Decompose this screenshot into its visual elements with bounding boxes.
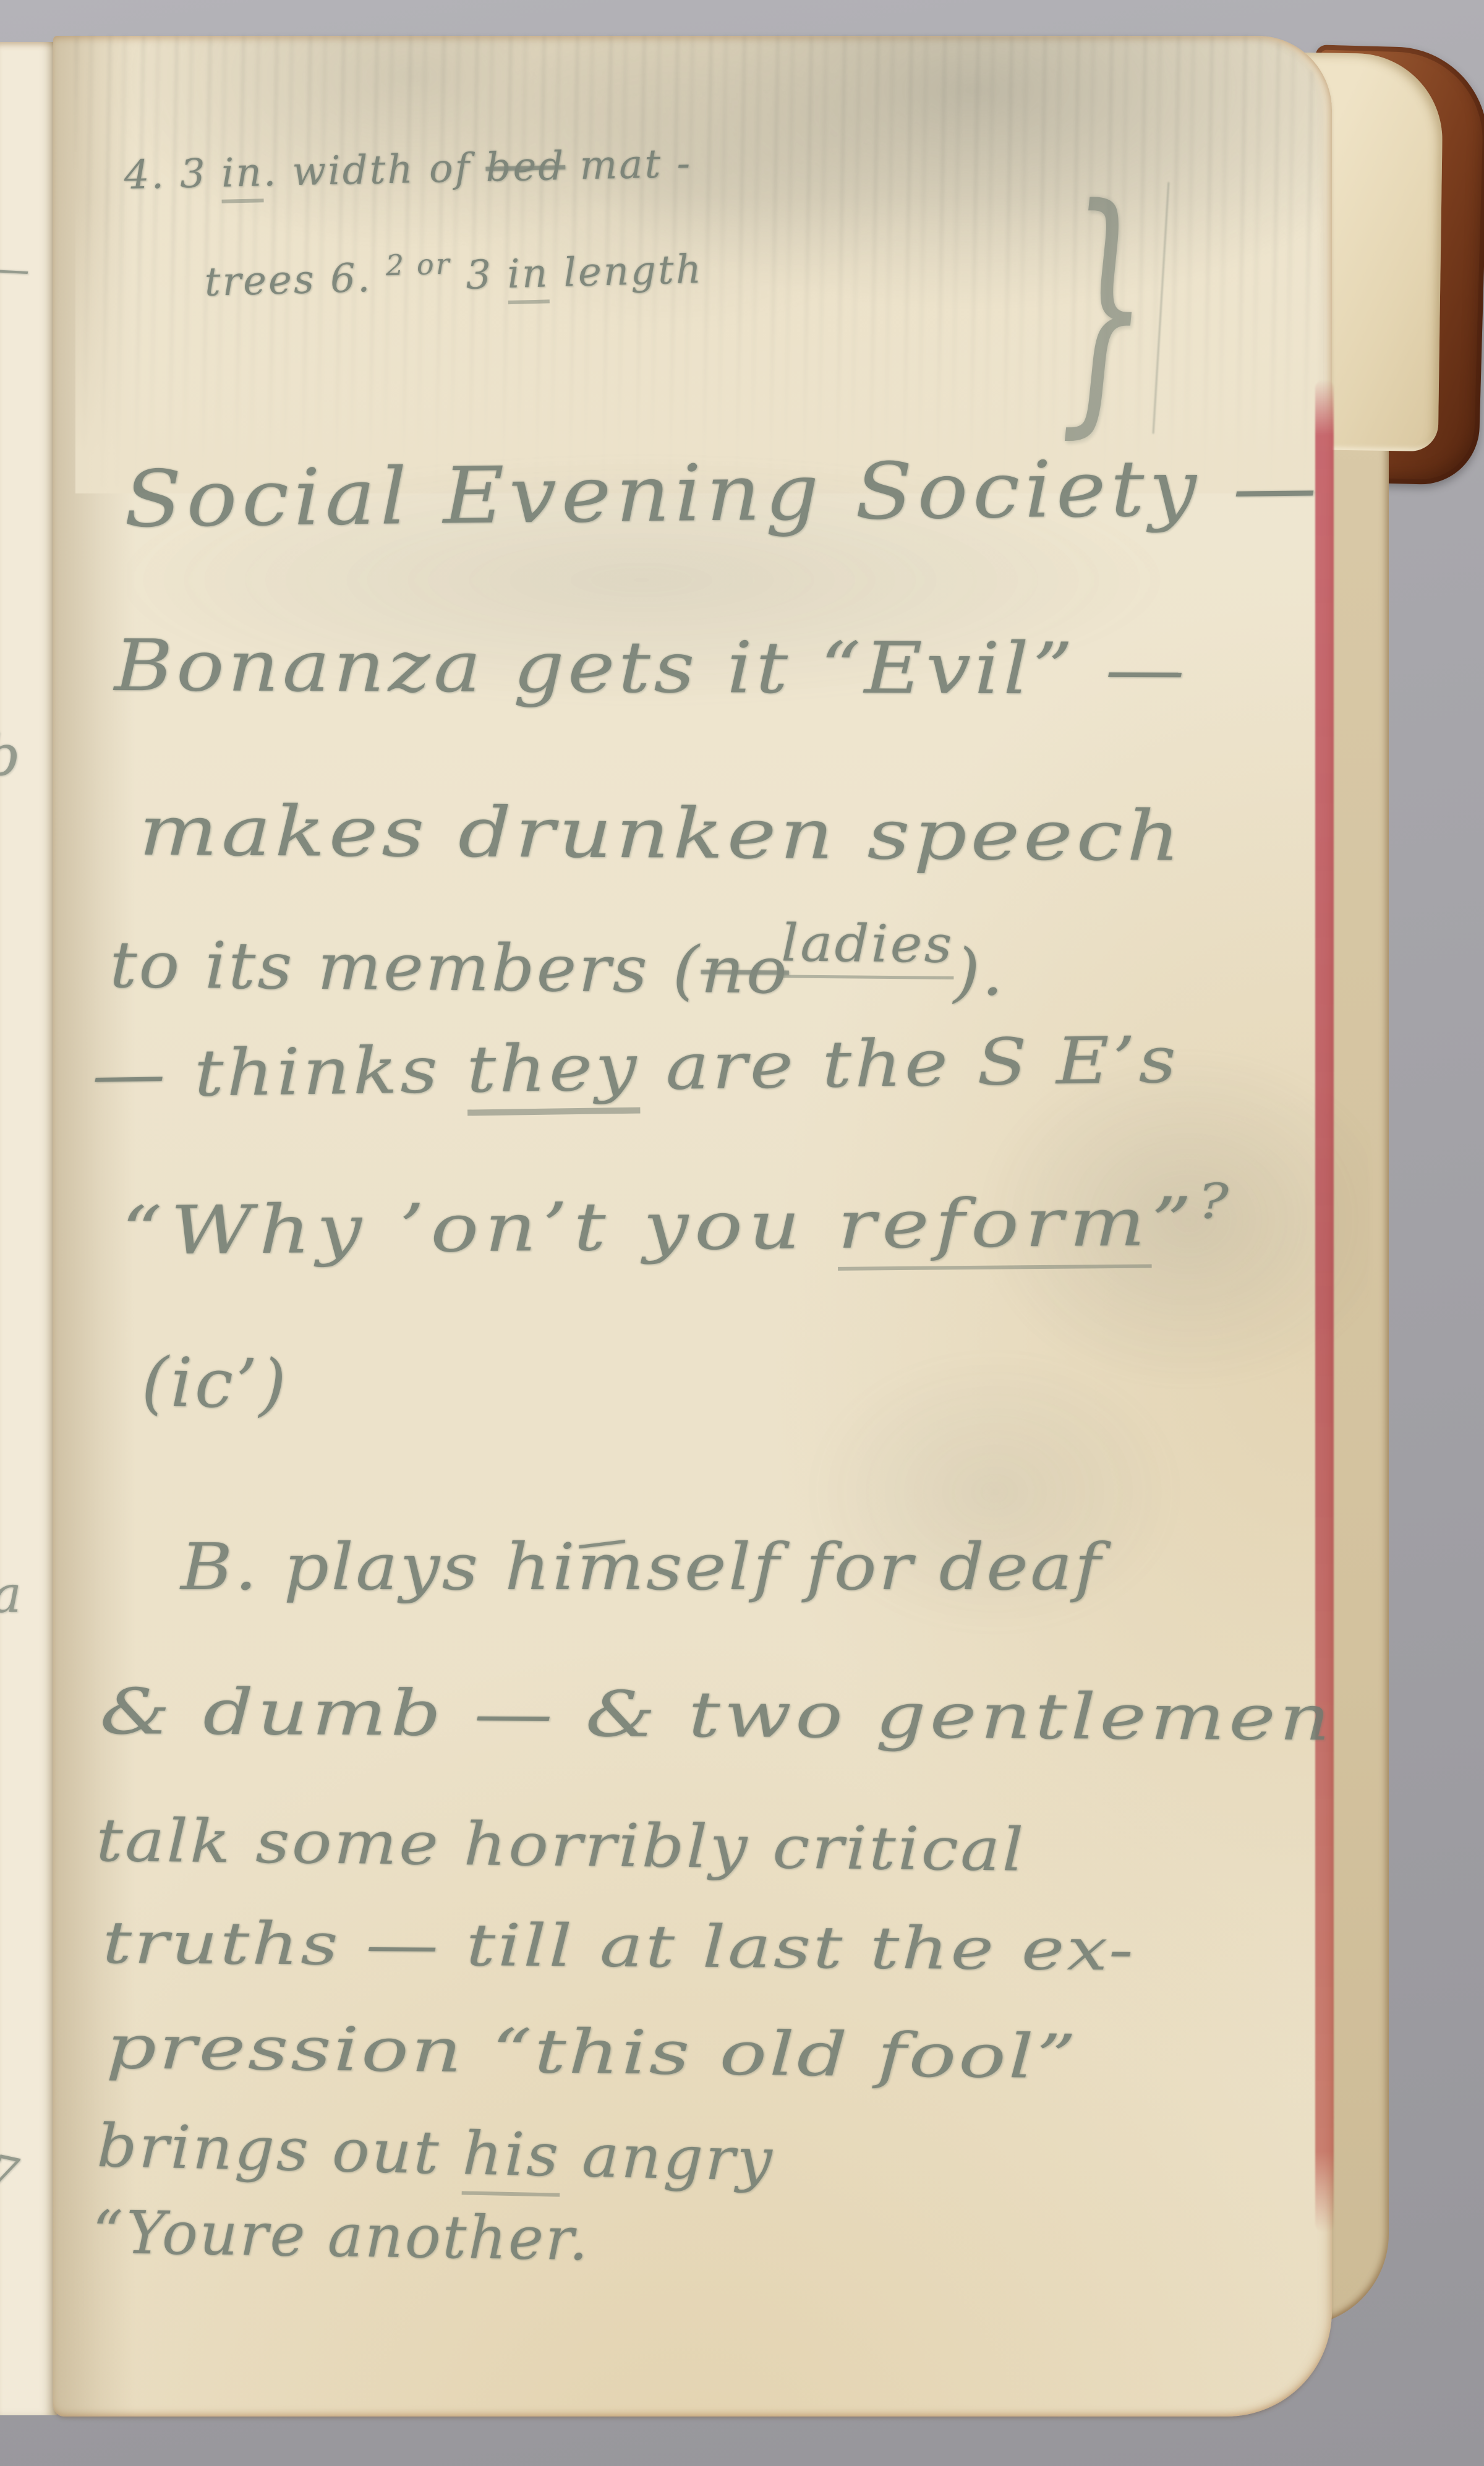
margin-fragment: a xyxy=(0,1566,22,1624)
handwriting-segment: “Youre another. xyxy=(92,2198,591,2274)
handwriting-line: Social Evening Society — xyxy=(124,448,1322,539)
handwriting-segment: ” xyxy=(1151,1184,1198,1261)
handwriting-segment: reform xyxy=(837,1184,1151,1270)
handwriting-segment: his xyxy=(461,2118,561,2196)
handwriting-segment: angry xyxy=(560,2121,775,2195)
handwriting-line: (ic’) xyxy=(141,1348,289,1419)
handwriting-line: to its members (noladies). xyxy=(109,932,1005,1005)
handwriting-segment: mat - xyxy=(565,141,692,189)
handwriting-segment: ). xyxy=(953,934,1006,1010)
handwriting-line: Bonanza gets it “Evil” — xyxy=(114,631,1188,706)
handwriting-segment: bed xyxy=(485,143,566,191)
handwriting-segment: Bonanza gets it “Evil” — xyxy=(114,625,1188,711)
previous-page-sliver: — b a 7 xyxy=(0,42,57,2415)
handwriting-line: “Why ’on’t you reform”? xyxy=(121,1188,1235,1265)
handwriting-segment: they xyxy=(466,1030,640,1116)
handwriting-segment: trees 6. xyxy=(204,255,386,305)
handwriting-segment: B. plays himself for deaf xyxy=(181,1529,1102,1605)
handwriting-segment: truths — till at last the ex- xyxy=(102,1909,1136,1984)
handwriting-segment: & dumb — & two gentlemen xyxy=(100,1675,1334,1755)
handwriting-segment: makes drunken speech xyxy=(139,791,1183,877)
handwriting-segment: to its members ( xyxy=(109,927,701,1007)
handwriting-line: “Youre another. xyxy=(92,2203,591,2269)
handwriting-line: — thinks they are the S E’s xyxy=(92,1027,1179,1107)
handwriting-segment: ladies xyxy=(781,913,954,979)
handwriting-segment: brings out xyxy=(96,2111,463,2188)
handwriting-segment: talk some horribly critical xyxy=(96,1806,1026,1885)
margin-fragment: 7 xyxy=(0,2144,23,2199)
handwriting-segment: 2 or xyxy=(385,247,451,282)
handwriting-line: & dumb — & two gentlemen xyxy=(100,1681,1334,1750)
scanned-notebook-photo: — b a 7 } — 4. 3 in. width of bed mat - … xyxy=(0,0,1484,2466)
handwriting-segment: ? xyxy=(1198,1174,1235,1231)
page-edge-red-stain xyxy=(1315,380,1334,2232)
handwriting-segment: 4. 3 xyxy=(124,151,222,198)
handwriting-line: pression “this old fool” xyxy=(106,2017,1079,2088)
handwriting-line: truths — till at last the ex- xyxy=(102,1914,1135,1980)
handwriting-segment: are the S E’s xyxy=(639,1022,1179,1104)
handwriting-line: talk some horribly critical xyxy=(96,1811,1026,1880)
handwriting-segment: “Why ’on’t you xyxy=(121,1187,838,1270)
handwriting-segment: . width of xyxy=(263,145,486,196)
handwriting-segment: Social Evening Society — xyxy=(124,442,1322,545)
handwriting-line: brings out his angry xyxy=(96,2116,775,2190)
handwriting-segment: (ic’) xyxy=(141,1342,289,1424)
handwriting-segment: length xyxy=(548,247,704,296)
handwriting-segment: in xyxy=(506,250,550,304)
handwriting-segment: in xyxy=(221,150,263,203)
handwriting-segment: — thinks xyxy=(92,1032,467,1112)
handwriting-line: makes drunken speech xyxy=(139,796,1183,871)
handwriting-segment: 3 xyxy=(451,252,508,299)
margin-fragment: — xyxy=(0,245,31,292)
handwriting-segment: no xyxy=(701,932,789,1008)
notebook-page: } — 4. 3 in. width of bed mat - trees 6.… xyxy=(53,36,1332,2417)
pencil-brace-mark: } xyxy=(1060,155,1148,461)
handwriting-line: 4. 3 in. width of bed mat - xyxy=(124,144,693,195)
handwriting-line: B. plays himself for deaf xyxy=(181,1535,1102,1599)
handwriting-segment: pression “this old fool” xyxy=(106,2012,1079,2093)
margin-fragment: b xyxy=(0,722,20,788)
